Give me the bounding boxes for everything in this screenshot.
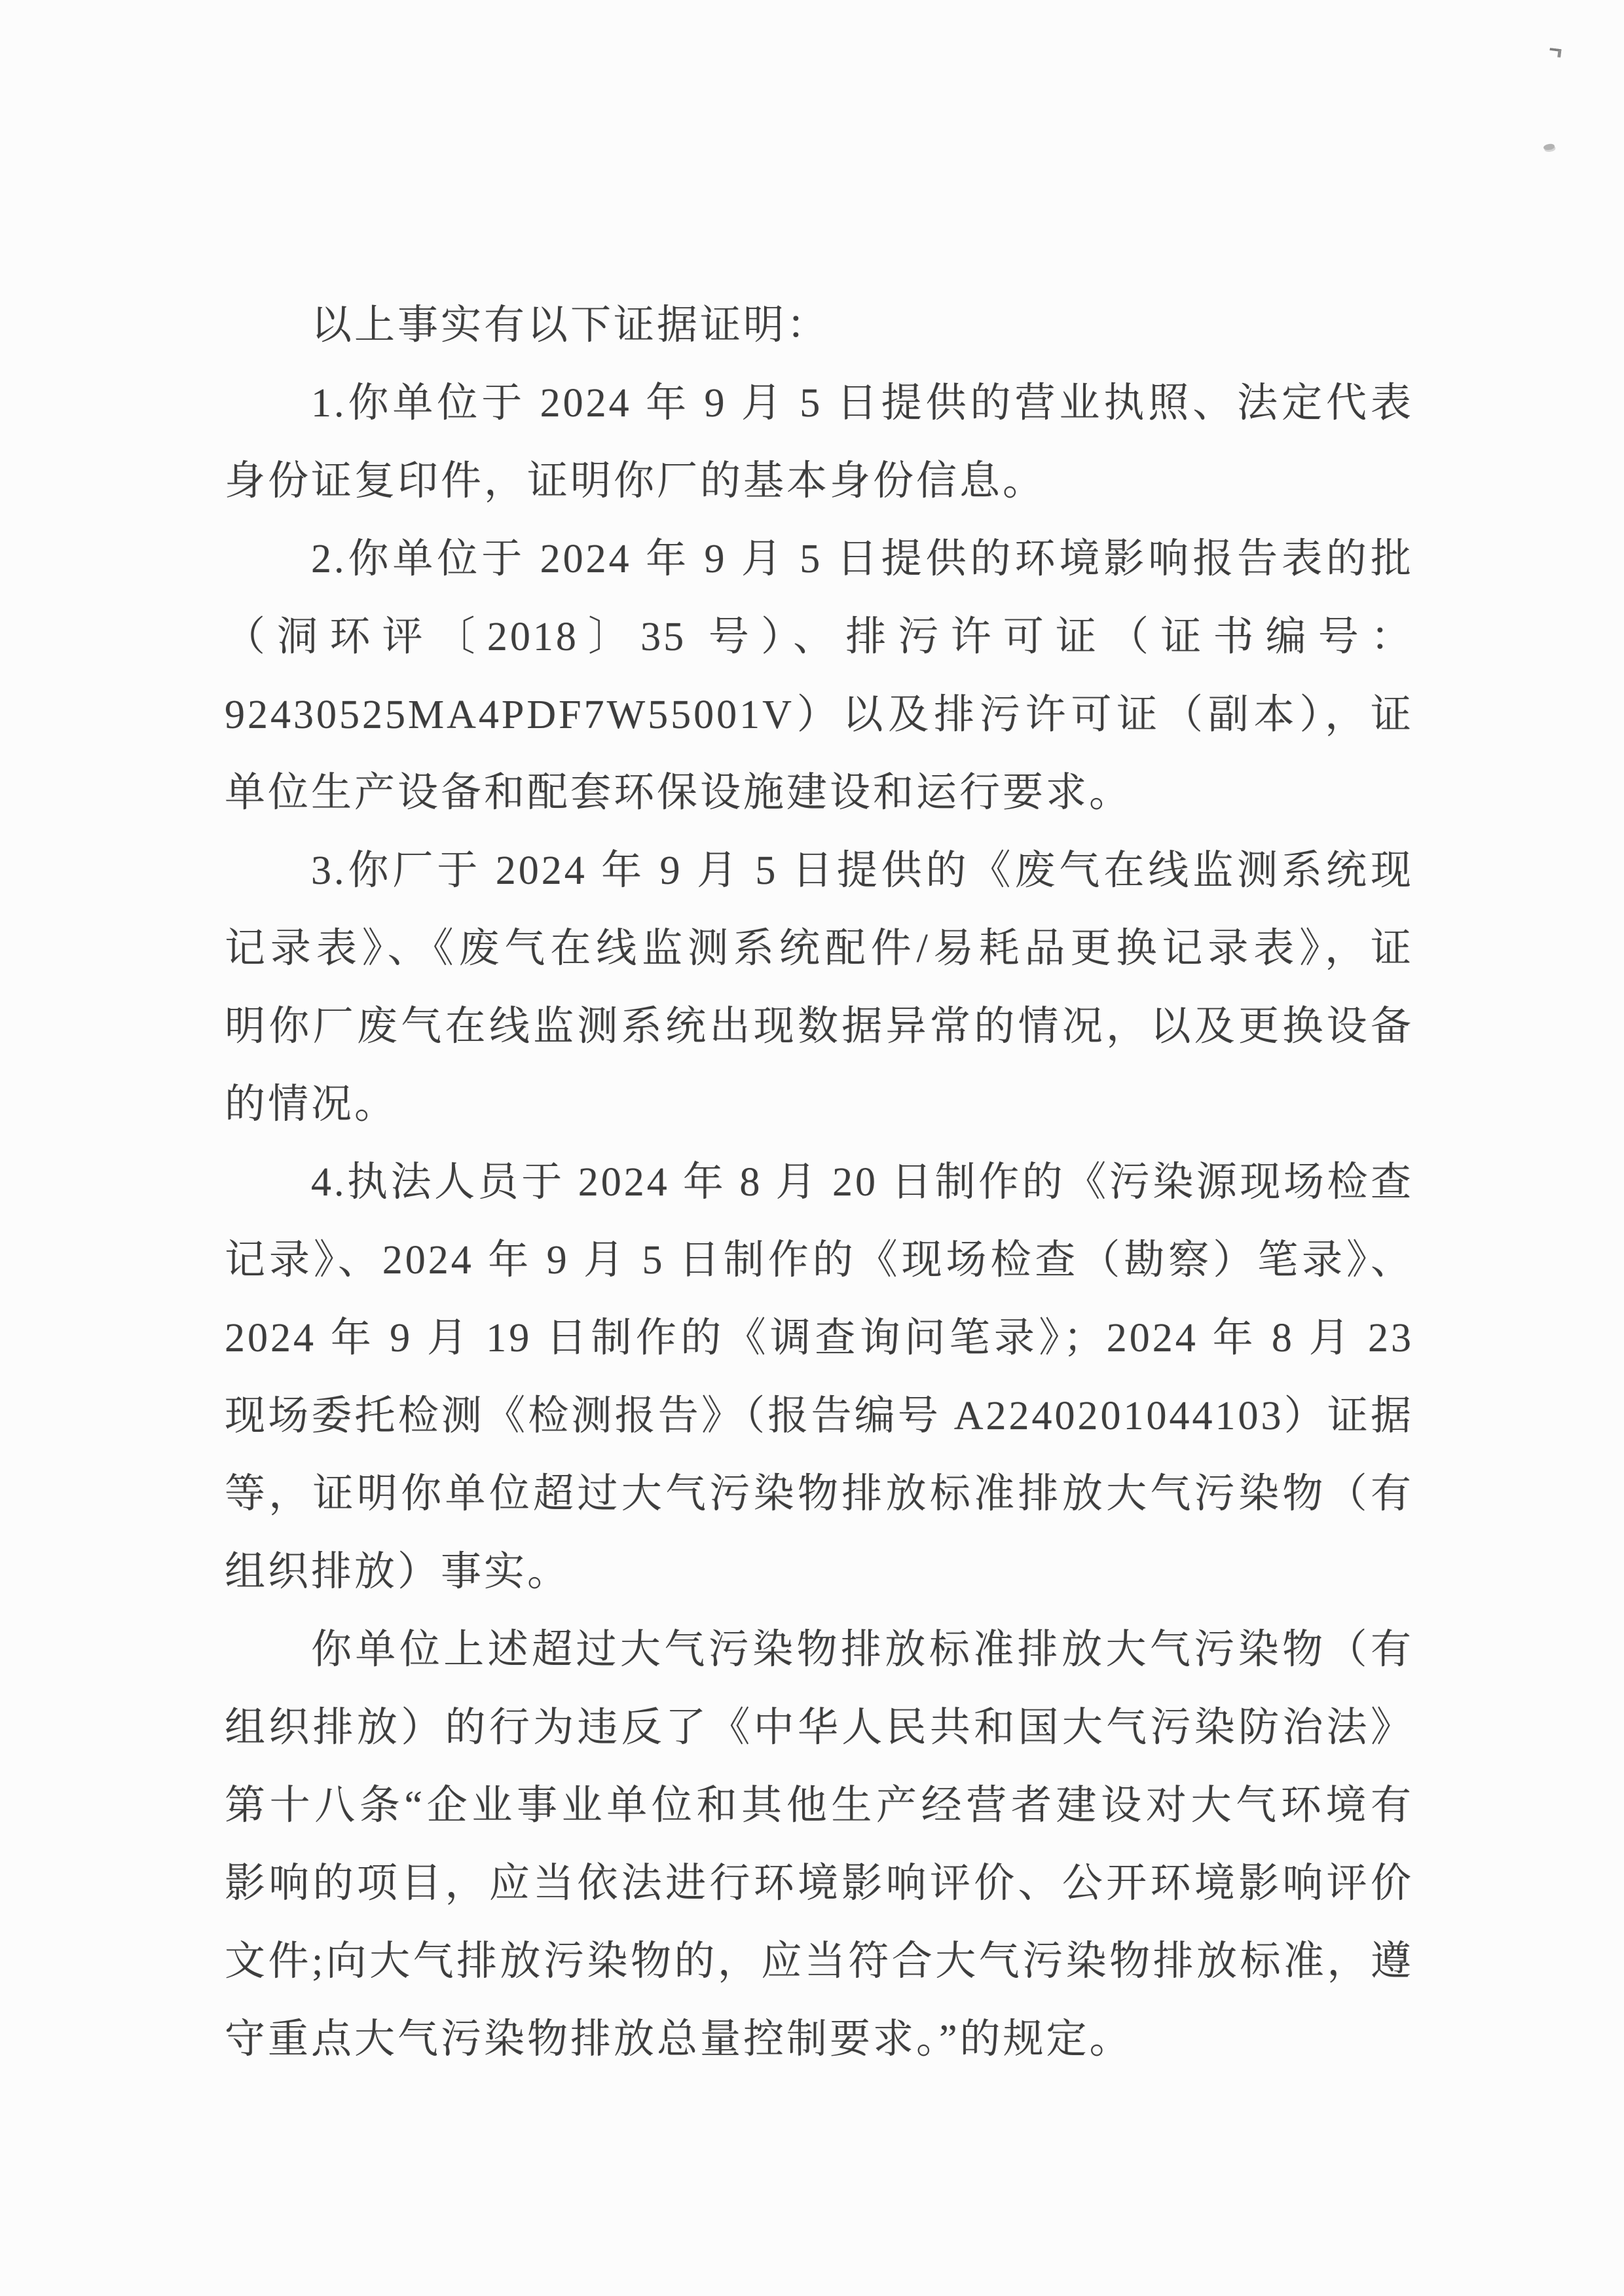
text-line-03: 身份证复印件，证明你厂的基本身份信息。 [225, 443, 1414, 520]
text-line-08: 3.你厂于 2024 年 9 月 5 日提供的《废气在线监测系统现场 [225, 832, 1414, 910]
text-line-22: 文件;向大气排放污染物的，应当符合大气污染物排放标准，遵 [225, 1923, 1414, 2001]
text-line-16: 等，证明你单位超过大气污染物排放标准排放大气污染物（有 [225, 1455, 1414, 1533]
text-line-06: 92430525MA4PDF7W55001V）以及排污许可证（副本），证明你 [225, 676, 1414, 754]
text-line-12: 4.执法人员于 2024 年 8 月 20 日制作的《污染源现场检查 [225, 1144, 1414, 1222]
text-line-04: 2.你单位于 2024 年 9 月 5 日提供的环境影响报告表的批复 [225, 520, 1414, 598]
text-line-18: 你单位上述超过大气污染物排放标准排放大气污染物（有 [225, 1611, 1414, 1689]
scan-smudge-icon [1549, 48, 1561, 58]
scan-smudge-icon [1543, 143, 1555, 151]
text-line-17: 组织排放）事实。 [225, 1533, 1414, 1611]
text-line-15: 现场委托检测《检测报告》（报告编号 A2240201044103）证据 [225, 1377, 1414, 1455]
text-line-02: 1.你单位于 2024 年 9 月 5 日提供的营业执照、法定代表人 [225, 365, 1414, 443]
text-line-10: 明你厂废气在线监测系统出现数据异常的情况，以及更换设备 [225, 988, 1414, 1066]
text-line-21: 影响的项目，应当依法进行环境影响评价、公开环境影响评价 [225, 1845, 1414, 1923]
text-line-11: 的情况。 [225, 1066, 1414, 1144]
text-line-09: 记录表》、《废气在线监测系统配件/易耗品更换记录表》，证 [225, 910, 1414, 988]
text-line-13: 记录》、2024 年 9 月 5 日制作的《现场检查（勘察）笔录》、 [225, 1222, 1414, 1300]
text-line-14: 2024 年 9 月 19 日制作的《调查询问笔录》；2024 年 8 月 23… [225, 1300, 1414, 1377]
text-line-23: 守重点大气污染物排放总量控制要求。”的规定。 [225, 2001, 1414, 2079]
text-line-19: 组织排放）的行为违反了《中华人民共和国大气污染防治法》 [225, 1689, 1414, 1767]
text-line-07: 单位生产设备和配套环保设施建设和运行要求。 [225, 754, 1414, 832]
text-line-05: （洞环评〔2018〕35 号）、排污许可证（证书编号： [225, 598, 1414, 676]
document-body: 以上事实有以下证据证明： 1.你单位于 2024 年 9 月 5 日提供的营业执… [225, 287, 1414, 2079]
text-line-01: 以上事实有以下证据证明： [225, 287, 1414, 365]
scanned-document-page: 以上事实有以下证据证明： 1.你单位于 2024 年 9 月 5 日提供的营业执… [0, 0, 1624, 2296]
text-line-20: 第十八条“企业事业单位和其他生产经营者建设对大气环境有 [225, 1767, 1414, 1845]
